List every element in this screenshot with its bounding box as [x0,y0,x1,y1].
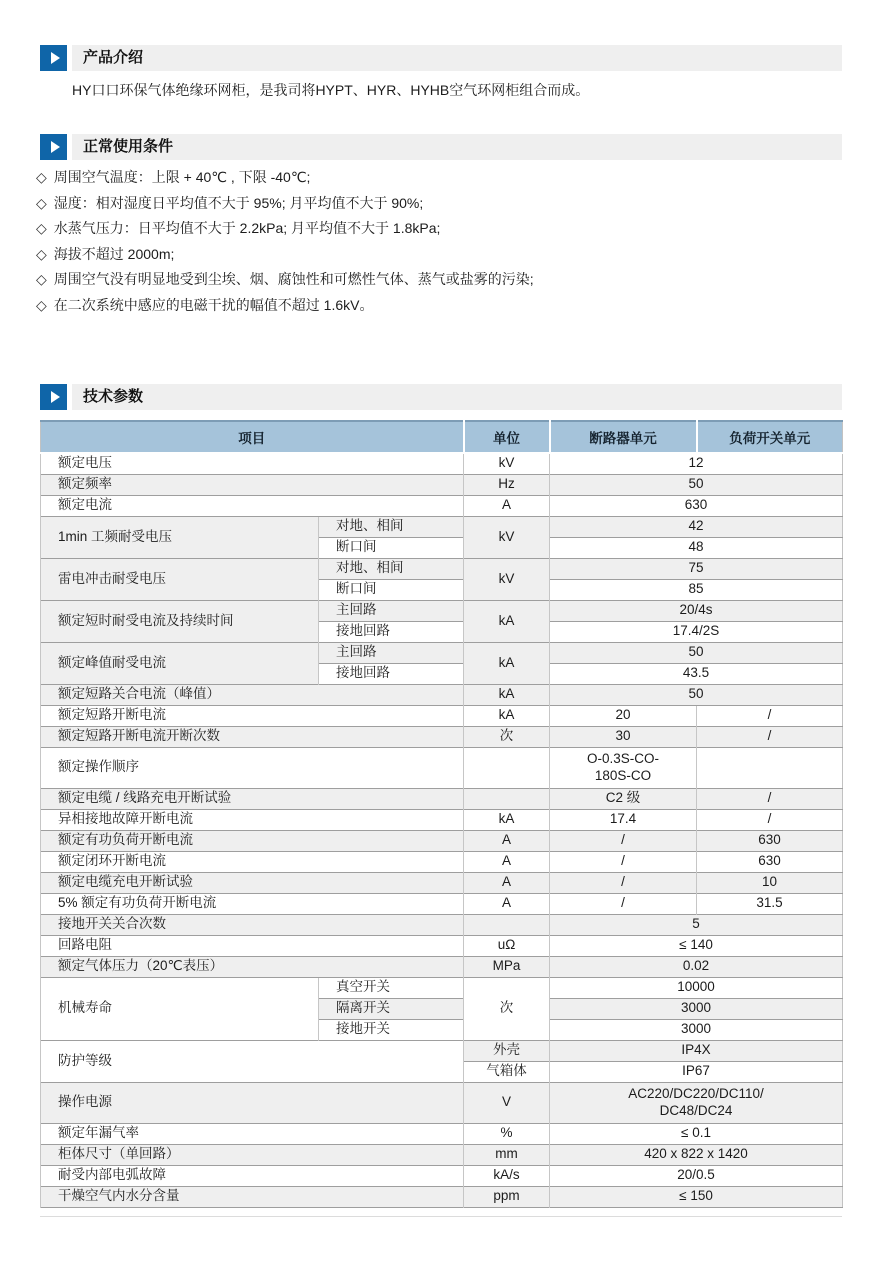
section-header-conditions: 正常使用条件 [40,134,842,160]
spec-cell: 额定电缆 / 线路充电开断试验 [41,788,464,809]
spec-cell: 接地回路 [319,621,464,642]
spec-cell: % [464,1123,550,1144]
table-row: 异相接地故障开断电流kA17.4/ [41,809,843,830]
spec-cell: 次 [464,726,550,747]
spec-cell: / [697,726,843,747]
table-header-row: 项目单位断路器单元负荷开关单元 [41,421,843,453]
condition-text: 水蒸气压力：日平均值不大于 2.2kPa; 月平均值不大于 1.8kPa; [54,220,441,236]
spec-cell: 420 x 822 x 1420 [550,1144,843,1165]
spec-cell: Hz [464,474,550,495]
diamond-bullet-icon: ◇ [36,216,47,242]
spec-cell: 额定短路开断电流 [41,705,464,726]
table-row: 柜体尺寸（单回路）mm420 x 822 x 1420 [41,1144,843,1165]
spec-cell: 20/4s [550,600,843,621]
spec-cell: 31.5 [697,893,843,914]
spec-cell: 防护等级 [41,1040,464,1082]
table-row: 5% 额定有功负荷开断电流A/31.5 [41,893,843,914]
condition-item: ◇在二次系统中感应的电磁干扰的幅值不超过 1.6kV。 [36,293,836,319]
spec-cell: 接地开关 [319,1019,464,1040]
table-row: 雷电冲击耐受电压对地、相间kV75 [41,558,843,579]
conditions-list: ◇周围空气温度：上限 + 40℃ , 下限 -40℃; ◇湿度：相对湿度日平均值… [36,165,836,318]
spec-cell: 630 [697,851,843,872]
spec-cell: 17.4/2S [550,621,843,642]
section-title-conditions: 正常使用条件 [72,134,842,160]
spec-cell: kA [464,600,550,642]
spec-cell: IP4X [550,1040,843,1061]
condition-item: ◇周围空气温度：上限 + 40℃ , 下限 -40℃; [36,165,836,191]
spec-cell: O-0.3S-CO- 180S-CO [550,747,697,788]
spec-cell: IP67 [550,1061,843,1082]
spec-cell: / [550,872,697,893]
spec-cell: 额定有功负荷开断电流 [41,830,464,851]
diamond-bullet-icon: ◇ [36,293,47,319]
table-row: 额定电流A630 [41,495,843,516]
spec-cell: 5 [550,914,843,935]
table-row: 耐受内部电弧故障kA/s20/0.5 [41,1165,843,1186]
condition-text: 海拔不超过 2000m; [54,246,175,262]
table-row: 防护等级外壳IP4X [41,1040,843,1061]
spec-cell: A [464,495,550,516]
column-header: 单位 [464,421,550,453]
spec-cell: 额定短路关合电流（峰值） [41,684,464,705]
spec-cell: 5% 额定有功负荷开断电流 [41,893,464,914]
spec-cell: mm [464,1144,550,1165]
table-row: 额定电缆 / 线路充电开断试验C2 级/ [41,788,843,809]
table-row: 额定频率Hz50 [41,474,843,495]
section-header-product: 产品介绍 [40,45,842,71]
spec-cell: 0.02 [550,956,843,977]
spec-cell: MPa [464,956,550,977]
spec-cell: kA [464,809,550,830]
spec-cell: 12 [550,453,843,474]
spec-cell: 干燥空气内水分含量 [41,1186,464,1207]
spec-cell: 30 [550,726,697,747]
spec-cell: 真空开关 [319,977,464,998]
condition-text: 在二次系统中感应的电磁干扰的幅值不超过 1.6kV。 [54,297,374,313]
spec-cell: kV [464,558,550,600]
product-description: HY口口环保气体绝缘环网柜，是我司将HYPT、HYR、HYHB空气环网柜组合而成… [72,80,832,100]
condition-text: 湿度：相对湿度日平均值不大于 95%; 月平均值不大于 90%; [54,195,424,211]
condition-text: 周围空气没有明显地受到尘埃、烟、腐蚀性和可燃性气体、蒸气或盐雾的污染; [54,271,534,287]
spec-cell: 额定操作顺序 [41,747,464,788]
spec-cell: 额定短时耐受电流及持续时间 [41,600,319,642]
spec-cell: 接地回路 [319,663,464,684]
spec-cell: ≤ 0.1 [550,1123,843,1144]
table-row: 额定气体压力（20℃表压）MPa0.02 [41,956,843,977]
spec-cell: kA [464,642,550,684]
spec-cell: 断口间 [319,579,464,600]
spec-cell: ≤ 140 [550,935,843,956]
spec-cell: A [464,851,550,872]
spec-cell: kA [464,684,550,705]
condition-item: ◇水蒸气压力：日平均值不大于 2.2kPa; 月平均值不大于 1.8kPa; [36,216,836,242]
spec-cell: 回路电阻 [41,935,464,956]
spec-cell: A [464,872,550,893]
spec-cell: 3000 [550,998,843,1019]
spec-cell: A [464,830,550,851]
spec-cell: 耐受内部电弧故障 [41,1165,464,1186]
spec-cell: 气箱体 [464,1061,550,1082]
table-row: 机械寿命真空开关次10000 [41,977,843,998]
diamond-bullet-icon: ◇ [36,191,47,217]
table-row: 额定闭环开断电流A/630 [41,851,843,872]
table-row: 操作电源VAC220/DC220/DC110/ DC48/DC24 [41,1082,843,1123]
spec-cell: 50 [550,642,843,663]
spec-cell: 50 [550,474,843,495]
spec-cell: uΩ [464,935,550,956]
spec-cell [464,914,550,935]
arrow-icon [40,45,67,71]
spec-cell: ≤ 150 [550,1186,843,1207]
spec-cell: 75 [550,558,843,579]
table-row: 回路电阻uΩ≤ 140 [41,935,843,956]
section-title-specs: 技术参数 [72,384,842,410]
table-row: 额定短时耐受电流及持续时间主回路kA20/4s [41,600,843,621]
specs-table-wrap: 项目单位断路器单元负荷开关单元额定电压kV12额定频率Hz50额定电流A6301… [40,420,842,1208]
spec-cell: 隔离开关 [319,998,464,1019]
condition-item: ◇湿度：相对湿度日平均值不大于 95%; 月平均值不大于 90%; [36,191,836,217]
arrow-icon [40,134,67,160]
spec-cell: 主回路 [319,642,464,663]
spec-cell: kV [464,516,550,558]
table-row: 额定操作顺序O-0.3S-CO- 180S-CO [41,747,843,788]
table-row: 额定有功负荷开断电流A/630 [41,830,843,851]
spec-cell: / [697,705,843,726]
spec-cell: 断口间 [319,537,464,558]
condition-item: ◇周围空气没有明显地受到尘埃、烟、腐蚀性和可燃性气体、蒸气或盐雾的污染; [36,267,836,293]
table-row: 接地开关关合次数5 [41,914,843,935]
spec-cell: / [697,809,843,830]
column-header: 项目 [41,421,464,453]
section-title-product: 产品介绍 [72,45,842,71]
spec-cell: 外壳 [464,1040,550,1061]
spec-cell: 85 [550,579,843,600]
table-row: 额定短路开断电流kA20/ [41,705,843,726]
column-header: 断路器单元 [550,421,697,453]
spec-cell: / [550,830,697,851]
spec-cell: 42 [550,516,843,537]
diamond-bullet-icon: ◇ [36,165,47,191]
table-row: 额定年漏气率%≤ 0.1 [41,1123,843,1144]
spec-cell: 额定气体压力（20℃表压） [41,956,464,977]
spec-cell: 10 [697,872,843,893]
table-row: 额定电缆充电开断试验A/10 [41,872,843,893]
spec-cell: 17.4 [550,809,697,830]
bottom-divider [40,1216,842,1217]
section-header-specs: 技术参数 [40,384,842,410]
spec-cell [697,747,843,788]
column-header: 负荷开关单元 [697,421,843,453]
condition-item: ◇海拔不超过 2000m; [36,242,836,268]
spec-cell: / [550,893,697,914]
spec-cell [464,747,550,788]
specs-table: 项目单位断路器单元负荷开关单元额定电压kV12额定频率Hz50额定电流A6301… [40,420,843,1208]
spec-cell: kA [464,705,550,726]
spec-cell: 异相接地故障开断电流 [41,809,464,830]
spec-cell: 主回路 [319,600,464,621]
spec-cell: 对地、相间 [319,516,464,537]
spec-cell: 630 [697,830,843,851]
spec-cell: 额定年漏气率 [41,1123,464,1144]
arrow-icon [40,384,67,410]
condition-text: 周围空气温度：上限 + 40℃ , 下限 -40℃; [54,169,311,185]
spec-cell: 柜体尺寸（单回路） [41,1144,464,1165]
spec-cell: 额定电流 [41,495,464,516]
spec-cell: 雷电冲击耐受电压 [41,558,319,600]
spec-cell: 3000 [550,1019,843,1040]
spec-cell: A [464,893,550,914]
spec-cell: C2 级 [550,788,697,809]
spec-cell: 操作电源 [41,1082,464,1123]
spec-cell: 对地、相间 [319,558,464,579]
spec-cell: 50 [550,684,843,705]
table-row: 干燥空气内水分含量ppm≤ 150 [41,1186,843,1207]
spec-cell: 630 [550,495,843,516]
spec-cell: 次 [464,977,550,1040]
spec-cell: 额定频率 [41,474,464,495]
spec-cell: 10000 [550,977,843,998]
spec-cell: 20 [550,705,697,726]
spec-cell [464,788,550,809]
spec-cell: 1min 工频耐受电压 [41,516,319,558]
spec-cell: 额定闭环开断电流 [41,851,464,872]
spec-cell: 20/0.5 [550,1165,843,1186]
table-row: 1min 工频耐受电压对地、相间kV42 [41,516,843,537]
diamond-bullet-icon: ◇ [36,242,47,268]
table-row: 额定短路关合电流（峰值）kA50 [41,684,843,705]
spec-cell: / [550,851,697,872]
spec-cell: 机械寿命 [41,977,319,1040]
spec-cell: 额定峰值耐受电流 [41,642,319,684]
table-row: 额定峰值耐受电流主回路kA50 [41,642,843,663]
spec-cell: ppm [464,1186,550,1207]
spec-cell: 额定电缆充电开断试验 [41,872,464,893]
spec-cell: 额定电压 [41,453,464,474]
diamond-bullet-icon: ◇ [36,267,47,293]
spec-cell: / [697,788,843,809]
spec-cell: 接地开关关合次数 [41,914,464,935]
table-row: 额定电压kV12 [41,453,843,474]
spec-cell: 43.5 [550,663,843,684]
spec-cell: 额定短路开断电流开断次数 [41,726,464,747]
spec-cell: AC220/DC220/DC110/ DC48/DC24 [550,1082,843,1123]
spec-cell: 48 [550,537,843,558]
spec-cell: kA/s [464,1165,550,1186]
spec-cell: V [464,1082,550,1123]
table-row: 额定短路开断电流开断次数次30/ [41,726,843,747]
spec-cell: kV [464,453,550,474]
